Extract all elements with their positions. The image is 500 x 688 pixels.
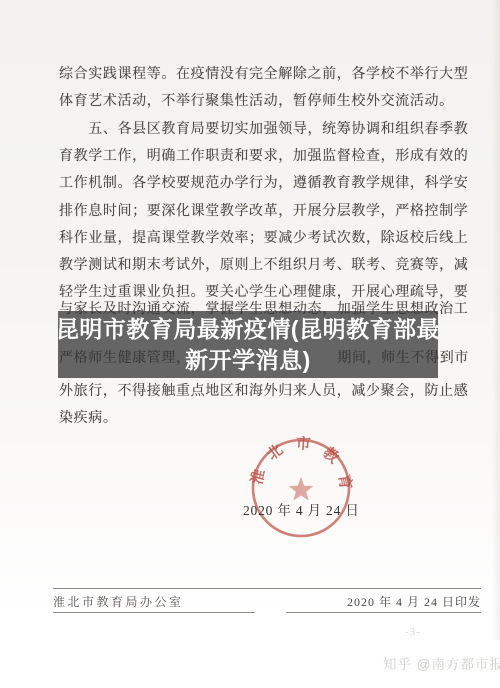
doc-text-line: 外旅行，不得接触重点地区和海外归来人员，减少聚会，防止感 — [59, 380, 469, 397]
doc-text-line: 排作息时间；要深化课堂教学改革，开展分层教学，严格控制学 — [59, 200, 469, 217]
seal-date: 2020 年 4 月 24 日 — [243, 499, 363, 515]
doc-text-line: 体育艺术活动，不举行聚集性活动，暂停师生校外交流活动。 — [59, 90, 469, 107]
doc-text-line: 育教学工作，明确工作职责和要求，加强监督检查，形成有效的 — [59, 145, 469, 162]
footer-print-date: 2020 年 4 月 24 日印发 — [347, 593, 481, 610]
doc-text-line: 综合实践课程等。在疫情没有完全解除之前，各学校不举行大型 — [59, 63, 469, 80]
doc-text-line: 工作机制。各学校要规范办学行为，遵循教育教学规律，科学安 — [59, 172, 469, 189]
scanned-document-page: 综合实践课程等。在疫情没有完全解除之前，各学校不举行大型 体育艺术活动，不举行聚… — [0, 0, 500, 688]
footer-rule-bottom-right — [286, 612, 481, 613]
headline-line2: 新开学消息) — [185, 345, 311, 376]
footer-rule-bottom-left — [53, 612, 255, 613]
doc-text-line: 轻学生过重课业负担。要关心学生心理健康，开展心理疏导，要 — [59, 281, 469, 298]
doc-text-line: 染疾病。 — [59, 407, 469, 424]
doc-text-line: 科作业量，提高课堂教学效率；要减少考试次数，除返校后线上 — [59, 227, 469, 244]
official-seal-icon: 淮北市教育局 — [249, 436, 353, 540]
page-number: -3- — [405, 626, 421, 638]
footer-rule-top — [53, 588, 481, 589]
headline-line1: 昆明市教育局最新疫情(昆明教育部最 — [56, 314, 440, 345]
headline-overlay: 昆明市教育局最新疫情(昆明教育部最 新开学消息) — [58, 311, 438, 378]
footer-issue-row: 淮北市教育局办公室 2020 年 4 月 24 日印发 — [53, 593, 481, 610]
footer-office-name: 淮北市教育局办公室 — [53, 593, 184, 610]
watermark: 知乎 @南方都市报 — [383, 653, 500, 673]
doc-text-line: 教学测试和期末考试外，原则上不组织月考、联考、竞赛等，减 — [59, 254, 469, 271]
seal-star-icon — [289, 477, 314, 501]
doc-text-line: 五、各县区教育局要切实加强领导，统筹协调和组织春季教 — [59, 118, 469, 135]
